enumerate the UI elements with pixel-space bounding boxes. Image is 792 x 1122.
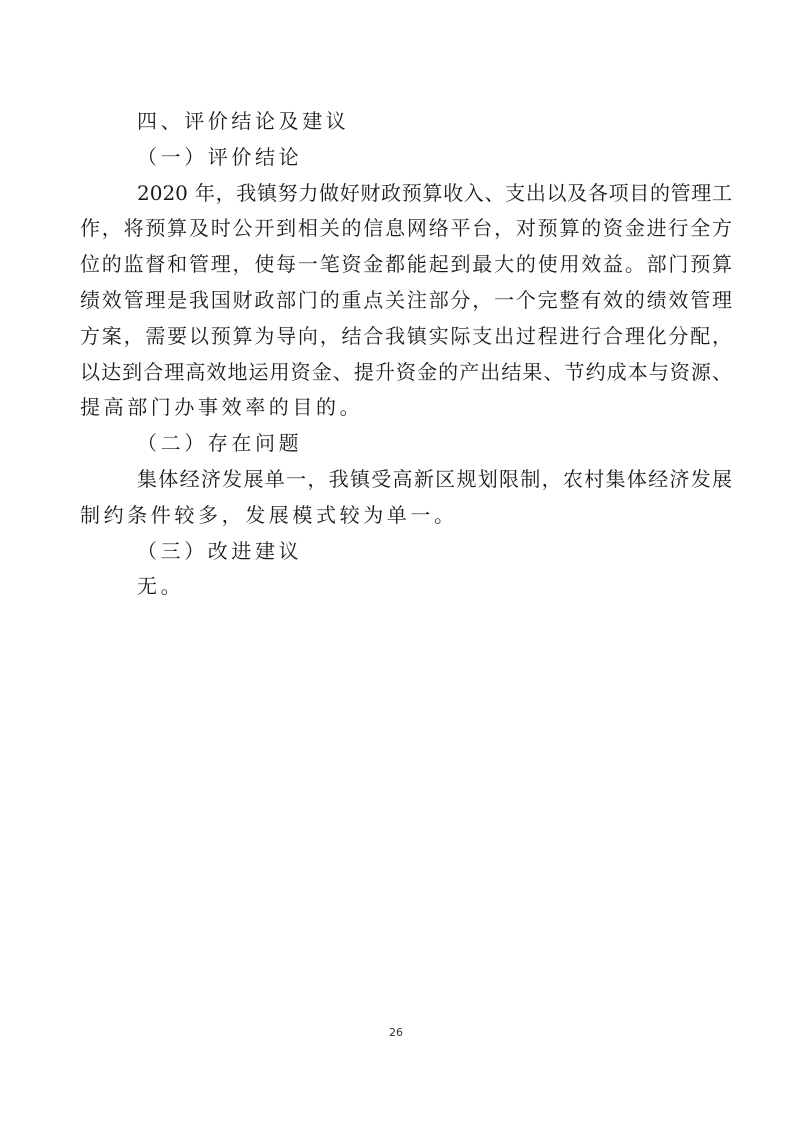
paragraph-line: 提高部门办事效率的目的。 — [80, 390, 732, 426]
page-number: 26 — [0, 1026, 792, 1039]
subsection-heading-problems: （二）存在问题 — [80, 426, 732, 462]
paragraph-line: 以达到合理高效地运用资金、提升资金的产出结果、节约成本与资源、 — [80, 355, 732, 391]
paragraph-line: 制约条件较多，发展模式较为单一。 — [80, 498, 732, 534]
section-heading: 四、评价结论及建议 — [80, 104, 732, 140]
paragraph-line: 位的监督和管理，使每一笔资金都能起到最大的使用效益。部门预算 — [80, 247, 732, 283]
subsection-heading-suggestions: （三）改进建议 — [80, 534, 732, 570]
paragraph-line: 2020 年，我镇努力做好财政预算收入、支出以及各项目的管理工 — [80, 176, 732, 212]
document-body: 四、评价结论及建议 （一）评价结论 2020 年，我镇努力做好财政预算收入、支出… — [80, 104, 732, 605]
paragraph-line: 无。 — [80, 569, 732, 605]
document-page: 四、评价结论及建议 （一）评价结论 2020 年，我镇努力做好财政预算收入、支出… — [0, 0, 792, 1122]
paragraph-line: 绩效管理是我国财政部门的重点关注部分，一个完整有效的绩效管理 — [80, 283, 732, 319]
paragraph-line: 方案，需要以预算为导向，结合我镇实际支出过程进行合理化分配， — [80, 319, 732, 355]
paragraph-line: 集体经济发展单一，我镇受高新区规划限制，农村集体经济发展 — [80, 462, 732, 498]
paragraph-line: 作，将预算及时公开到相关的信息网络平台，对预算的资金进行全方 — [80, 211, 732, 247]
subsection-heading-conclusion: （一）评价结论 — [80, 140, 732, 176]
